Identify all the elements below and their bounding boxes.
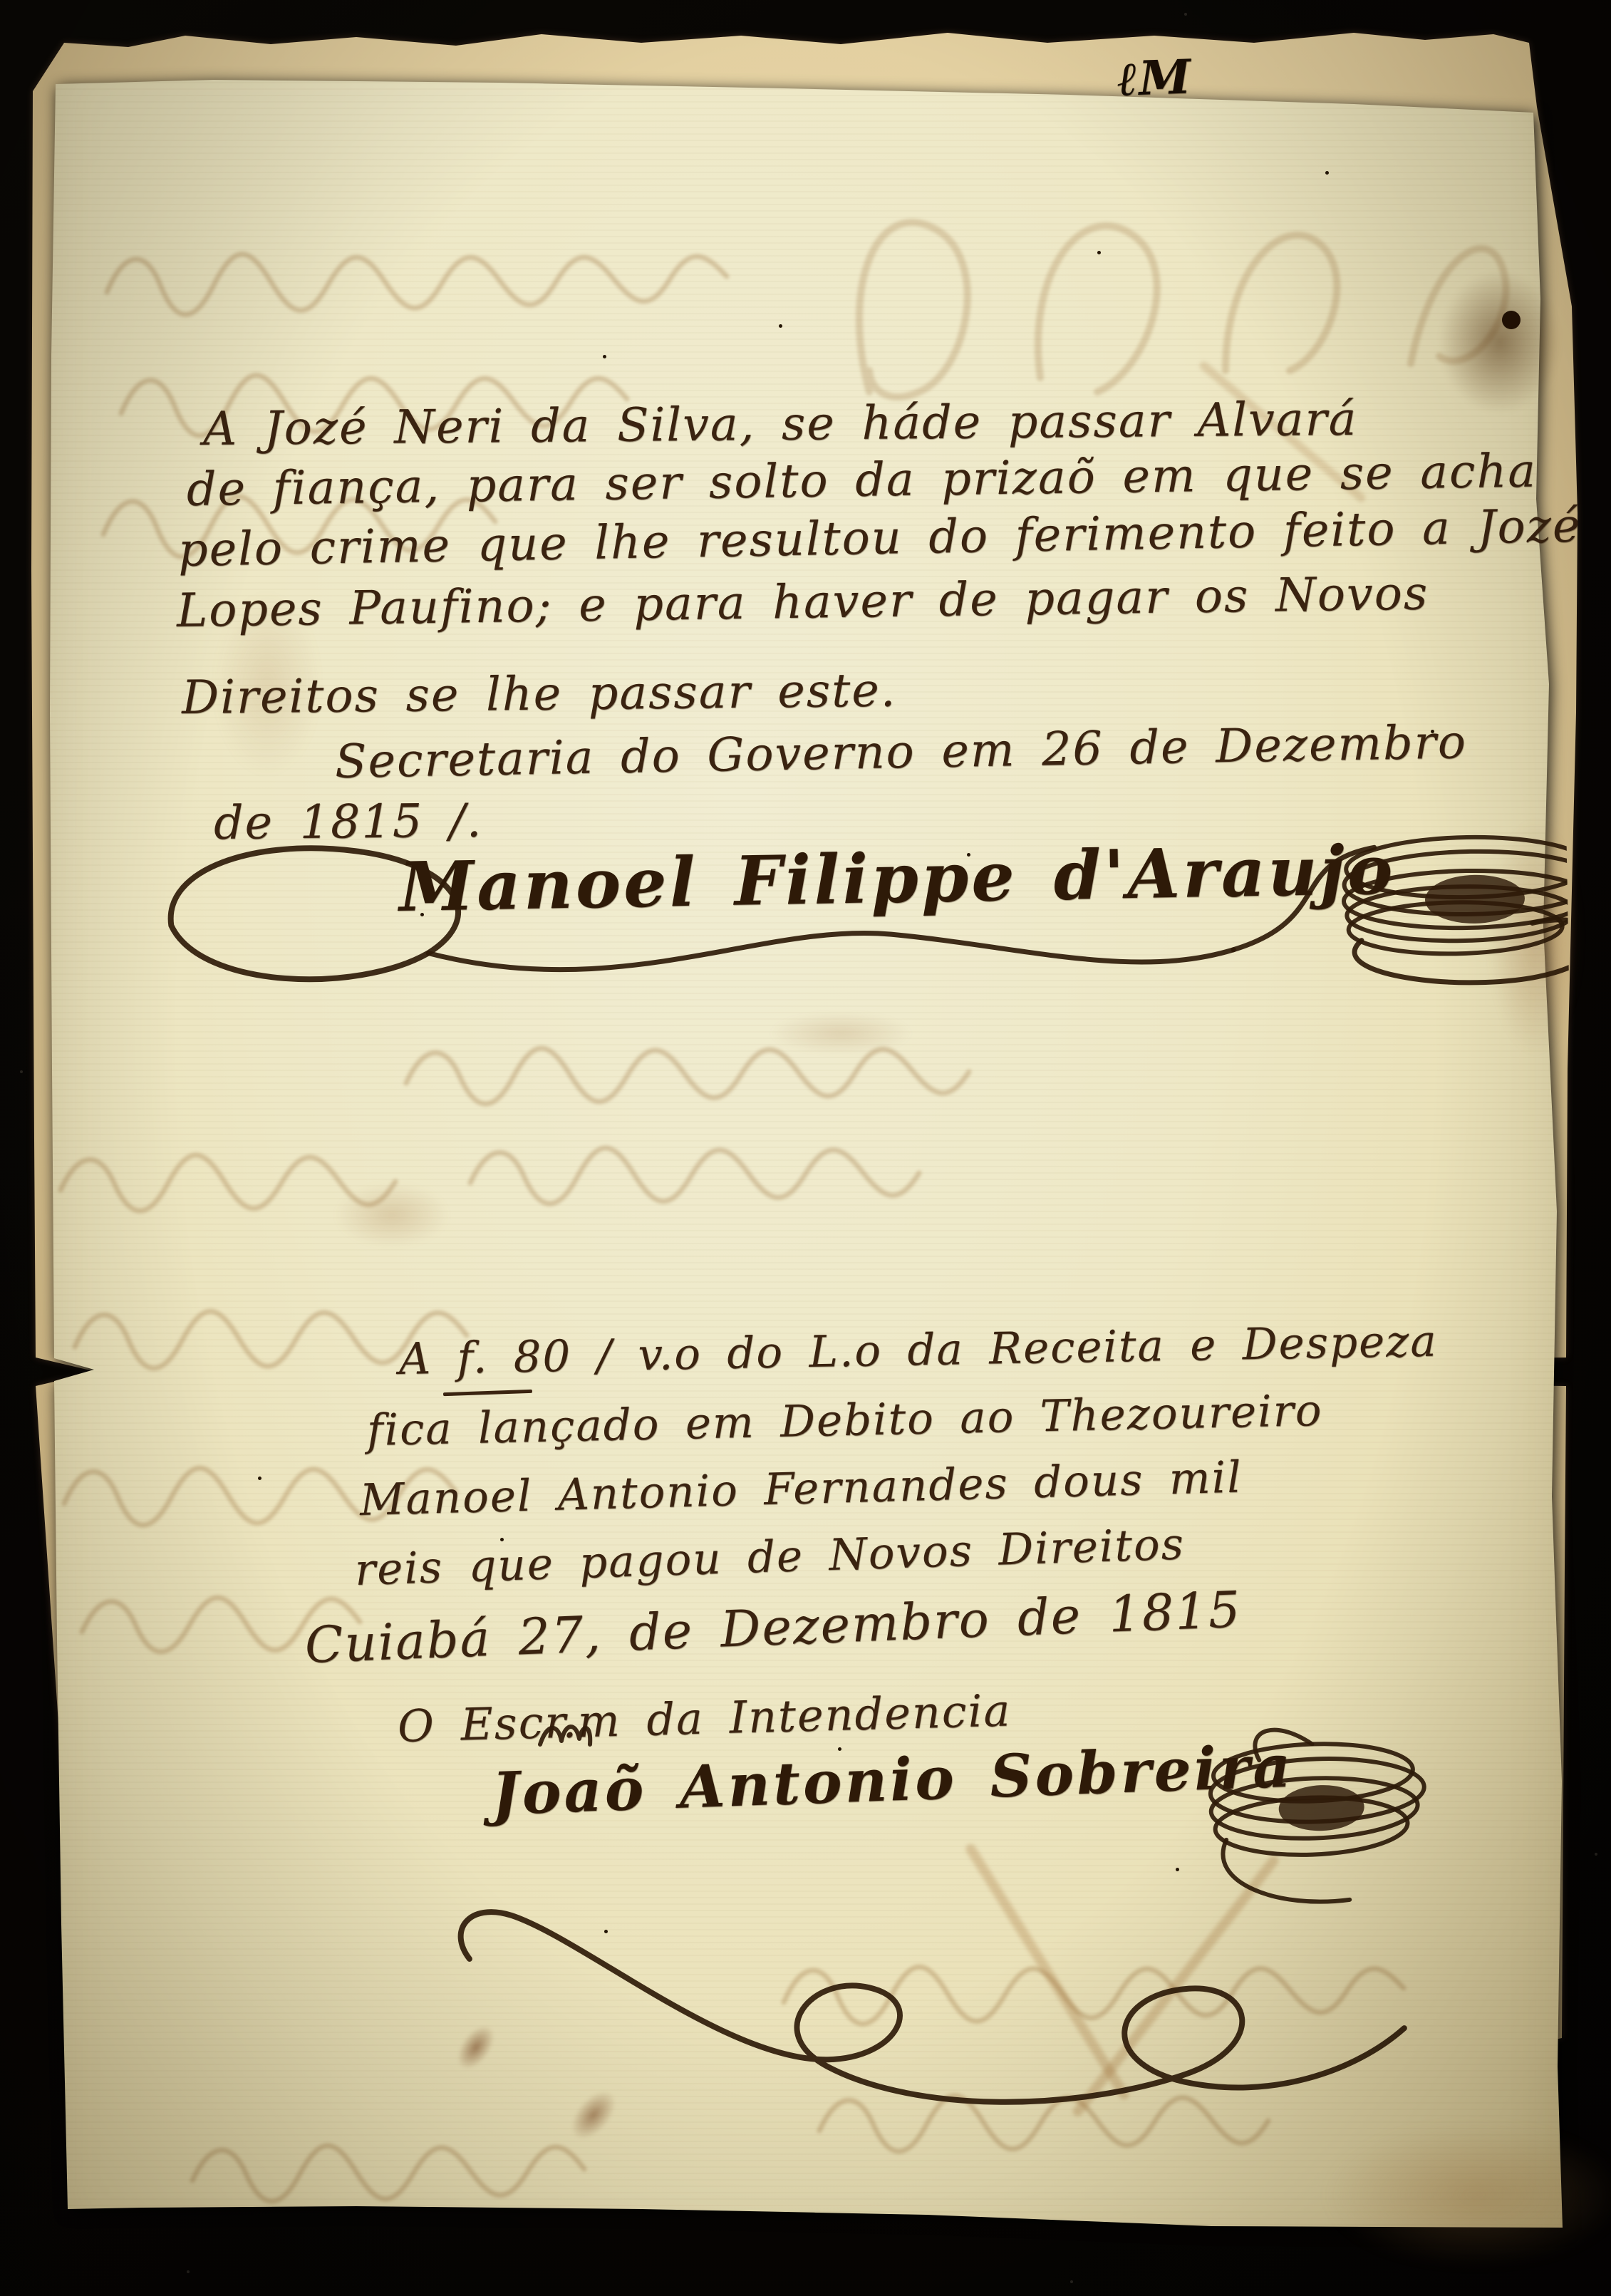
letter-body-line: Direitos se lhe passar este. (182, 663, 897, 725)
ink-speck (1097, 251, 1101, 254)
ink-speck (603, 355, 606, 358)
bleedthrough-ghost-writing (385, 1019, 1275, 1261)
photographed-manuscript-scene: ℓM (0, 0, 1611, 2296)
ink-speck (779, 324, 782, 328)
ink-speck (258, 1477, 261, 1480)
signature-initial-curl (533, 1709, 597, 1759)
letter-body-line: A Jozé Neri da Silva, se háde passar Alv… (203, 393, 1358, 456)
ink-speck (1325, 171, 1329, 175)
signature-underline-swash (425, 1842, 1442, 2145)
